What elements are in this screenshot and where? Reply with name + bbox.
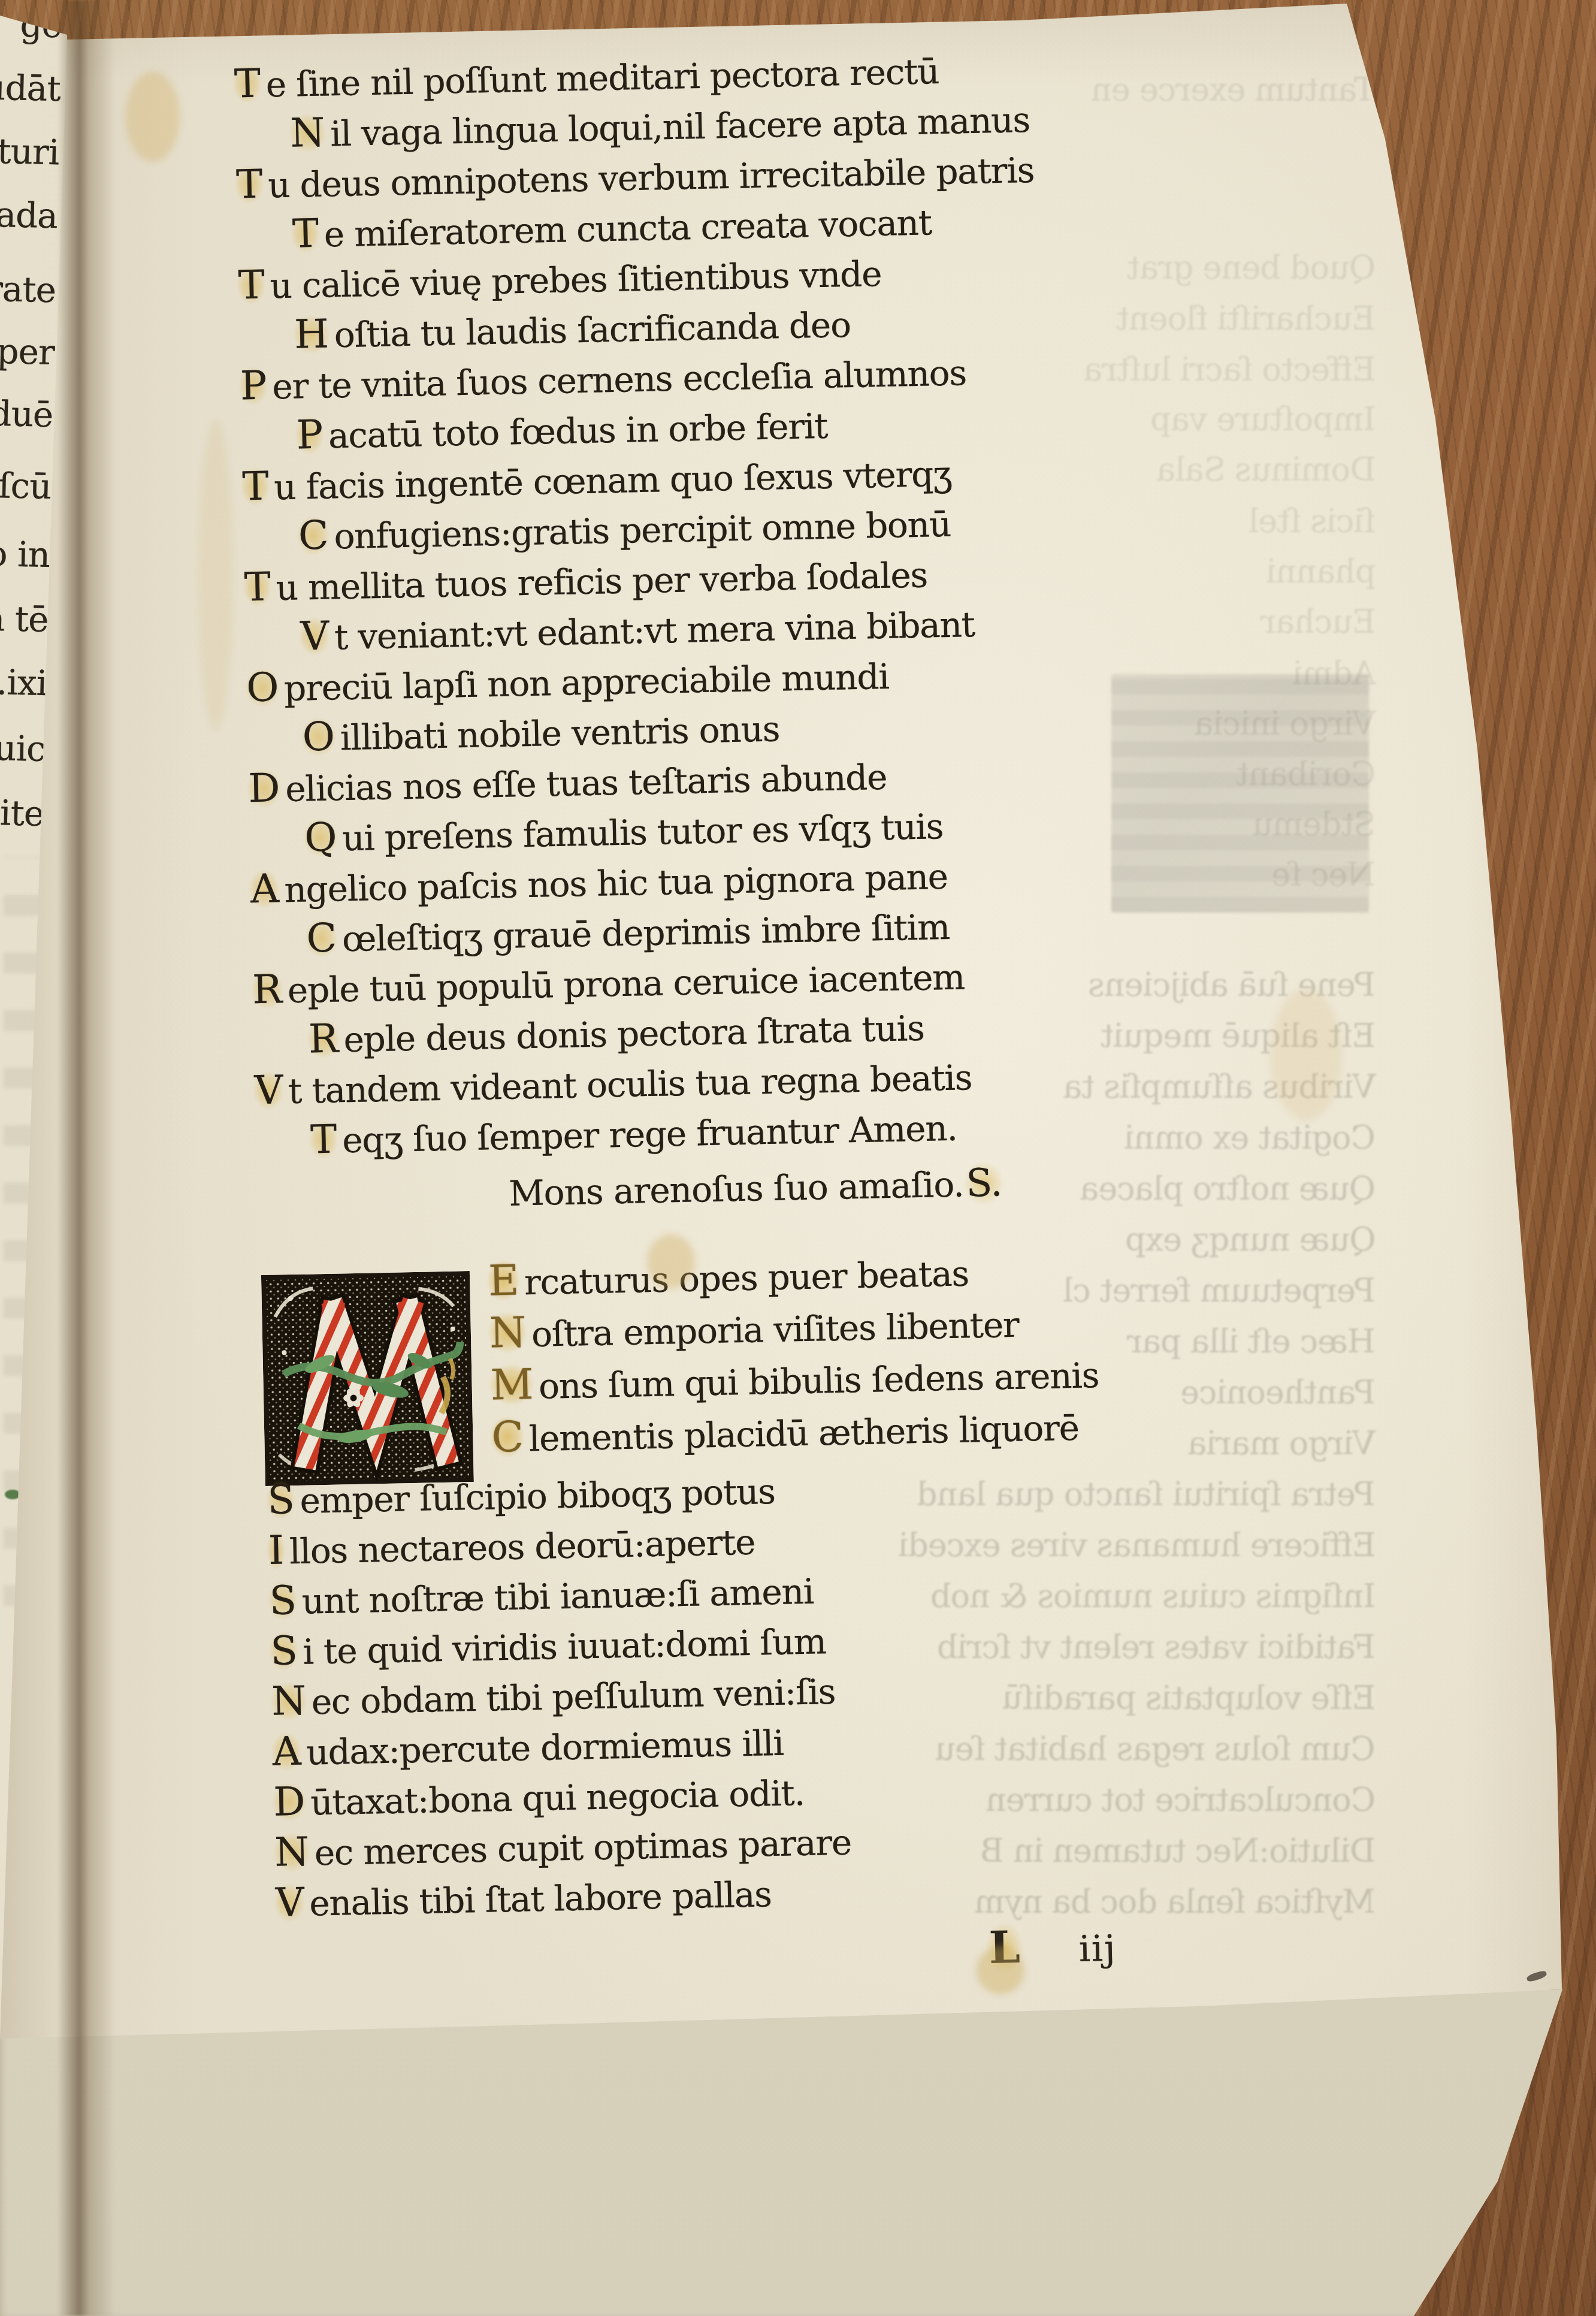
washed-capital: N [270,1681,308,1722]
verse-text: ngelico paſcis nos hic tua pignora pane [284,856,948,910]
verse-text: oſtia tu laudis ſacrificanda deo [334,304,851,355]
verse-line: Venalis tibi ſtat labore pallas [273,1867,853,1929]
printed-text-layer: Te ſine nil poſſunt meditari pectora rec… [0,0,1596,2316]
verse-text: elicias nos eſſe tuas teſtaris abunde [285,757,887,810]
verse-text: preciū lapſi non appreciabile mundi [284,656,890,709]
washed-capital: S [265,1480,296,1520]
washed-capital: V [298,617,331,657]
washed-capital: T [234,165,264,205]
photo-of-incunabulum-page: { "colors":{ "paper":"#ece6d4","ink":"#2… [0,0,1596,2316]
verse-text: enalis tibi ſtat labore pallas [309,1874,772,1924]
washed-capital: T [242,567,272,607]
facing-page-fragment: ada. [0,194,58,237]
facing-page-fragment: ludāt [0,67,61,109]
poem2-lines-beside-initial: Ercaturus opes puer beatas Noſtra empori… [486,1245,1100,1466]
facing-page-fragment: ite. [0,792,44,834]
washed-capital: H [292,314,331,354]
washed-capital: D [271,1782,307,1822]
gold-versal: M [488,1363,535,1406]
facing-page-fragment: iſcū [0,465,52,507]
verse-text: u facis ingentē cœnam quo ſexus vterqʒ [274,454,952,508]
verse-text: ūtaxat:bona qui negocia odit. [310,1773,805,1823]
washed-capital-S: S. [963,1161,1005,1206]
decorated-initial-M-woodcut: M [261,1271,474,1486]
washed-capital: I [266,1530,285,1571]
verse-text: emper ſuſcipio biboqʒ potus [300,1471,776,1521]
washed-capital: D [246,768,282,808]
poem-heading: Mons arenoſus ſuo amaſio.S. [508,1161,1005,1215]
gold-versal: C [489,1415,525,1458]
quire-signature: Liij [985,1920,1117,1974]
facing-page-fragment: per. [0,331,55,373]
initial-M-illustration [261,1271,474,1486]
verse-text: llos nectareos deorū:aperte [289,1522,755,1572]
verse-text: t veniant:vt edant:vt mera vina bibant [334,604,975,657]
washed-capital: R [306,1019,340,1059]
washed-capital: V [252,1070,285,1110]
verse-text: u calicē viuę prebes ſitientibus vnde [270,253,882,306]
washed-capital: C [304,918,338,958]
verse-text: er te vnita ſuos cernens eccleſia alumno… [272,352,967,407]
facing-page-fragment: ge [20,4,62,46]
washed-capital: P [238,366,268,406]
verse-text: rcaturus opes puer beatas [524,1253,969,1303]
verse-text: ec obdam tibi peſſulum veni:ſis [311,1671,836,1723]
poem2-lines: Semper ſuſcipio biboqʒ potus Illos necta… [265,1465,853,1930]
washed-capital: T [290,214,320,254]
washed-capital: C [296,516,330,556]
facing-page-fragment: duē [0,393,53,435]
washed-capital: A [248,869,280,909]
washed-capital: S [268,1631,299,1671]
verse-text: unt noſtræ tibi ianuæ:ſi ameni [301,1571,814,1622]
washed-capital: V [273,1883,306,1923]
verse-text: ons ſum qui bibulis ſedens arenis [539,1355,1099,1407]
verse-text: illibati nobile ventris onus [340,709,780,759]
verse-text: onfugiens:gratis percipit omne bonū [334,504,951,557]
verse-text: u mellita tuos reficis per verba ſodales [276,555,928,609]
washed-capital: T [236,265,266,306]
verse-text: acatū toto fœdus in orbe ferit [328,406,828,457]
verse-text: udax:percute dormiemus illi [306,1723,784,1773]
facing-page-fragment: ituri [0,131,59,173]
green-paint-fleck [5,1490,20,1499]
poem-heading-text: Mons arenoſus ſuo amaſio. [509,1164,965,1214]
verse-text: eple tuū populū prona ceruice iacentem [287,956,965,1011]
washed-capital: R [250,970,284,1010]
washed-capital: N [288,113,327,153]
verse-text: i te quid viridis iuuat:domi ſum [303,1621,826,1672]
washed-capital: Q [303,817,338,857]
verse-text: e miſeratorem cuncta creata vocant [324,202,932,255]
facing-page-fragment: uic. [0,727,46,769]
gold-versal: N [487,1311,527,1354]
verse-text: t tandem videant oculis tua regna beatis [288,1057,972,1112]
washed-capital: T [240,467,270,507]
washed-capital: T [232,64,262,104]
gold-versal: E [486,1259,520,1302]
verse-text: ui preſens famulis tutor es vſqʒ tuis [342,806,944,859]
book-page: Tantum exerce enQuod bene gratEuchariſti… [0,0,1596,2316]
facing-page-fragment: ixi. [0,662,47,703]
washed-capital: O [300,717,336,757]
facing-page-fragment: o in [0,533,50,575]
washed-capital: N [273,1832,311,1873]
verse-text: œleſtiqʒ grauē deprimis imbre ſitim [341,907,950,959]
washed-capital: O [244,668,280,708]
verse-text: ec merces cupit optimas parare [314,1822,851,1874]
verse-text: il vaga lingua loqui,nil facere apta man… [330,99,1030,154]
facing-page-fragment: la tē [0,597,49,640]
verse-text: oſtra emporia viſites libenter [531,1305,1019,1355]
verse-text: eple deus donis pectora ſtrata tuis [343,1008,924,1060]
washed-capital: S [267,1581,298,1621]
washed-capital: A [270,1732,303,1772]
signature-letter: L [985,1922,1024,1974]
washed-capital: T [309,1119,338,1159]
verse-text: e ſine nil poſſunt meditari pectora rect… [265,51,939,105]
hymn-poem: Te ſine nil poſſunt meditari pectora rec… [232,44,1054,1167]
verse-text: lementis placidū ætheris liquorē [528,1408,1079,1459]
signature-numeral: iij [1078,1928,1117,1970]
washed-capital: P [294,415,325,455]
verse-text: eqʒ ſuo ſemper rege fruantur Amen. [342,1108,958,1161]
facing-page-fragment: erate [0,268,56,310]
